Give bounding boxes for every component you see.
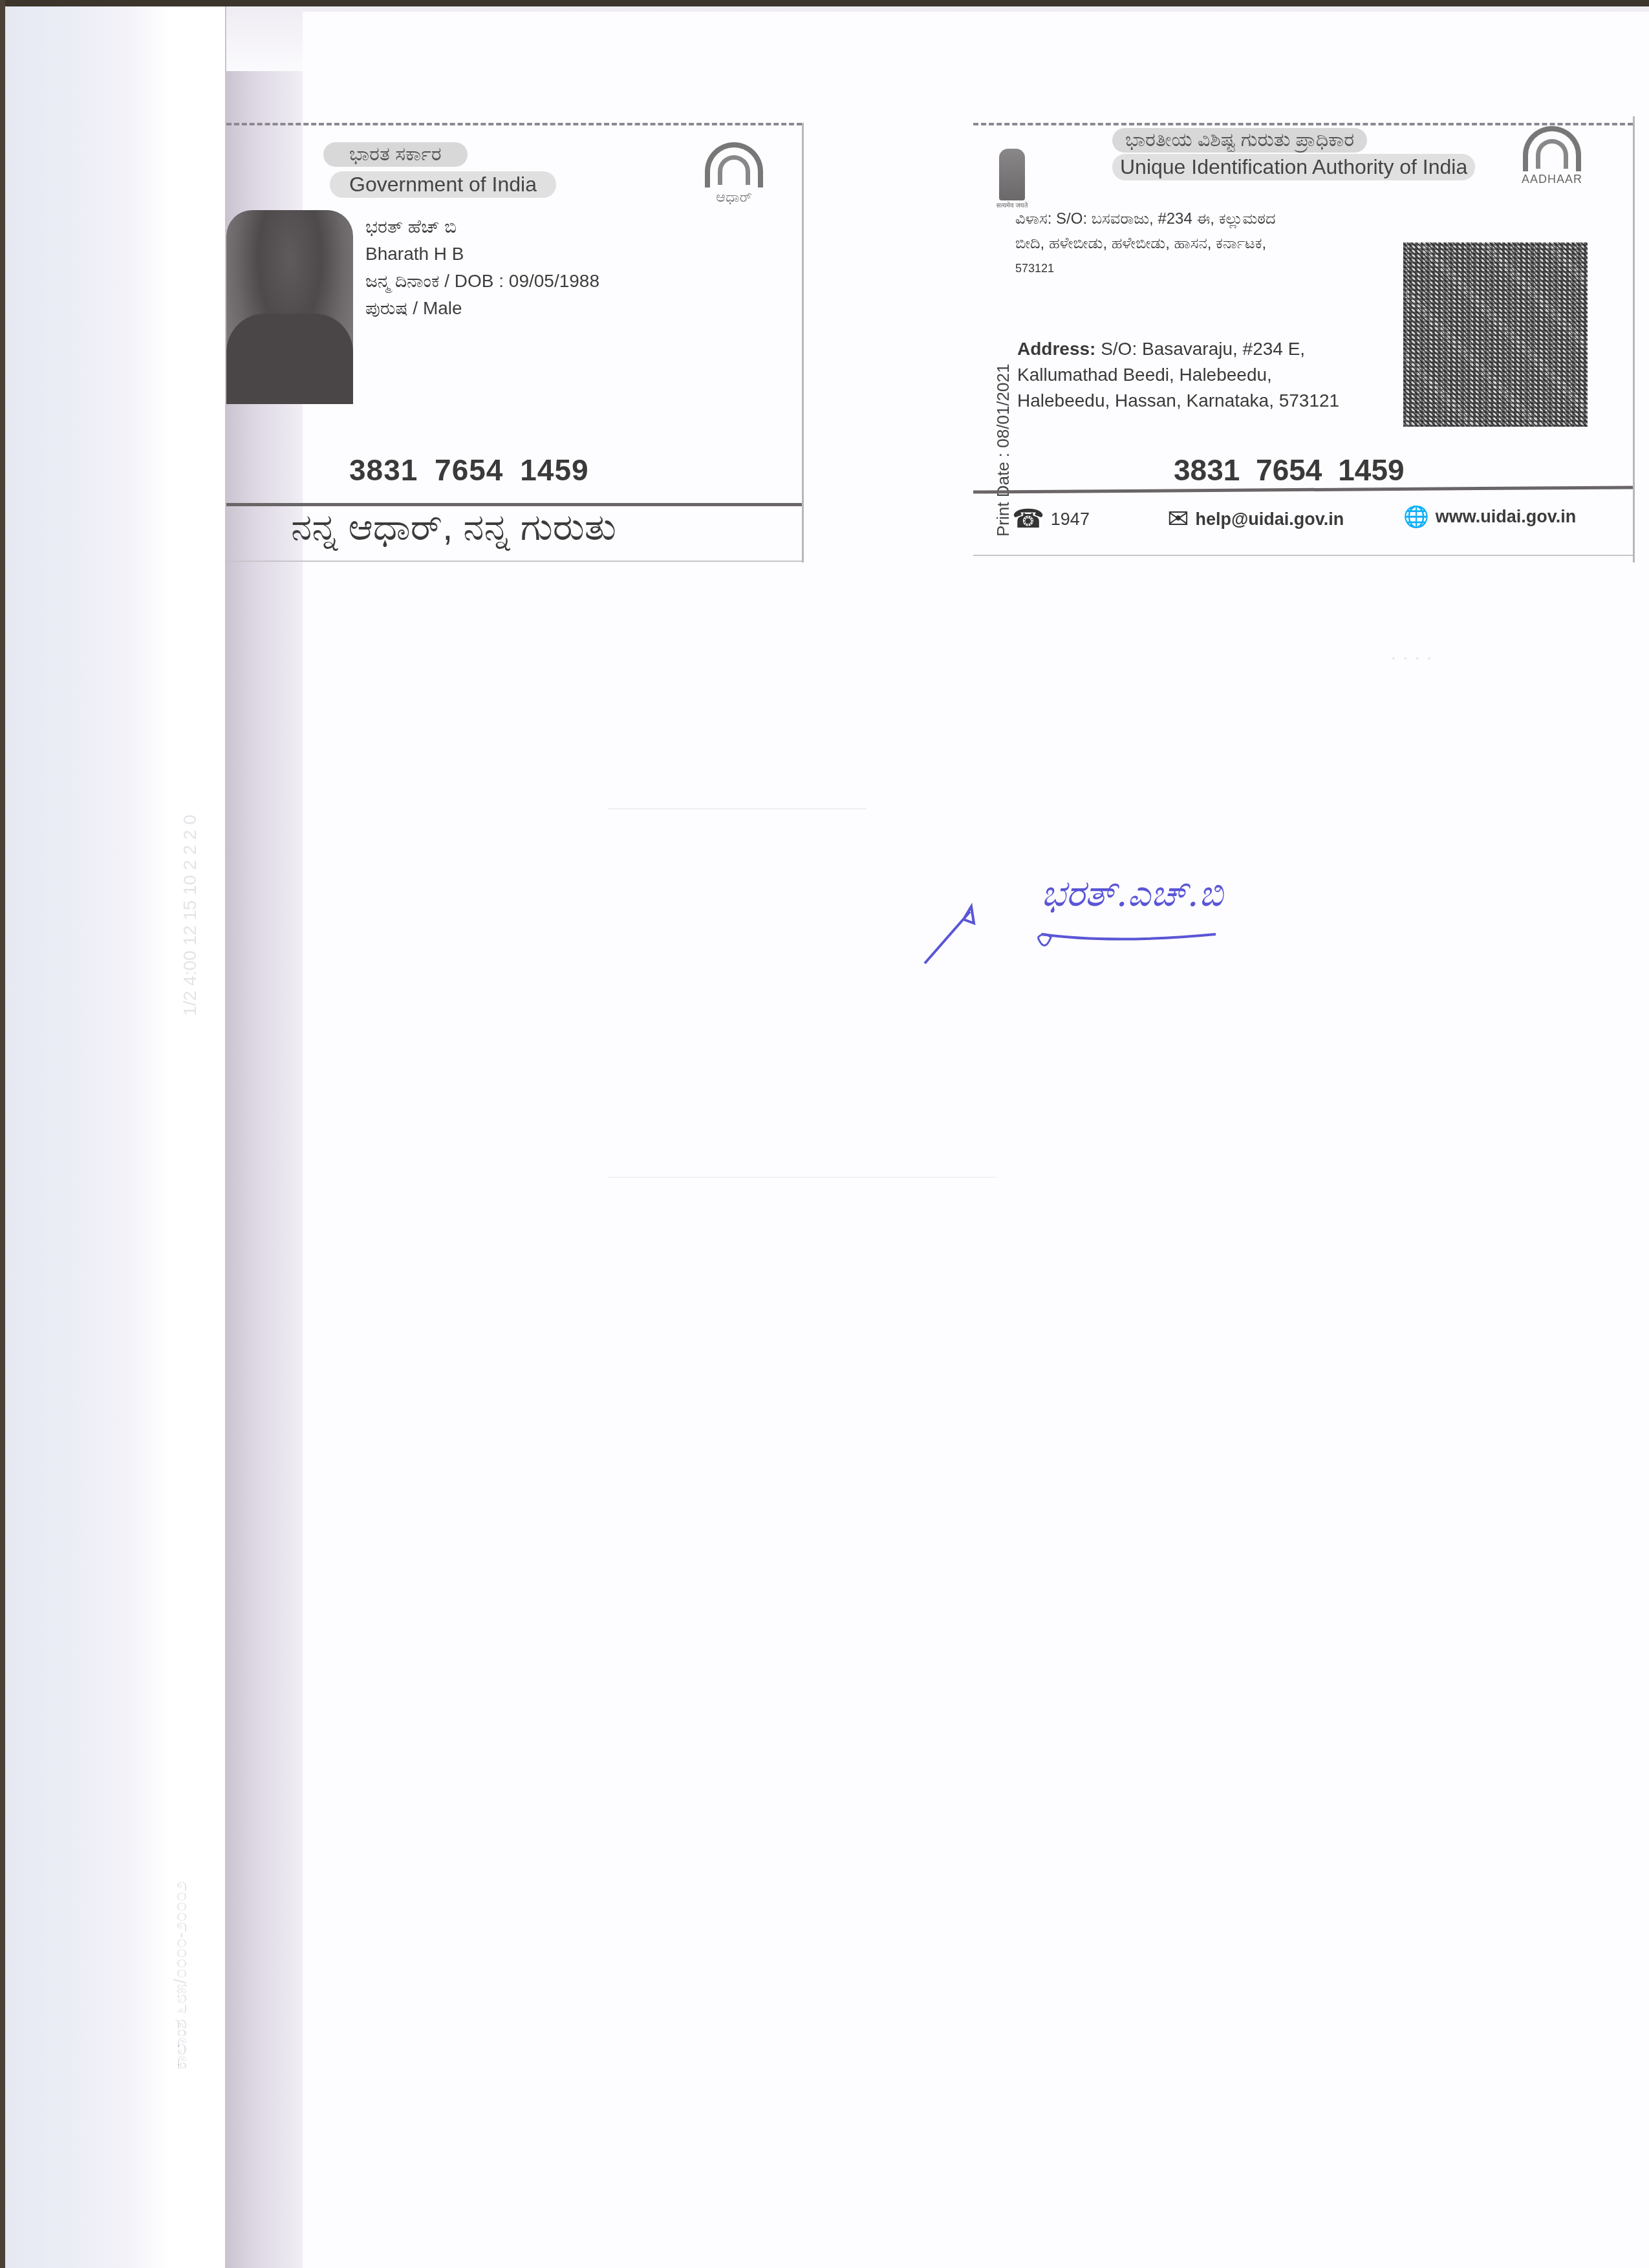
cut-line xyxy=(973,123,1633,125)
show-through-text: 1/2 4:00 12 15 10 2 2 2 0 xyxy=(180,815,200,1016)
address-english-line: Halebeedu, Hassan, Karnataka, 573121 xyxy=(1017,388,1405,414)
aadhaar-logo-label: ಆಧಾರ್ xyxy=(698,189,770,206)
aadhaar-logo-icon: AADHAAR xyxy=(1516,126,1588,191)
aadhaar-number: 3831 7654 1459 xyxy=(1174,453,1405,487)
address-english: Address: S/O: Basavaraju, #234 E, Kallum… xyxy=(1017,336,1405,414)
photo-shoulders xyxy=(226,314,353,404)
card-bottom-edge xyxy=(226,561,802,562)
contact-footer: ☎ 1947 ✉ help@uidai.gov.in 🌐 www.uidai.g… xyxy=(973,504,1633,543)
envelope-icon: ✉ xyxy=(1167,504,1189,534)
address-english-line: Kallumathad Beedi, Halebeedu, xyxy=(1017,362,1405,388)
fingerprint-icon xyxy=(1523,126,1581,171)
aadhaar-card-front: ಭಾರತ ಸರ್ಕಾರ Government of India ಆಧಾರ್ ಭರ… xyxy=(226,123,804,562)
aadhaar-logo-label: AADHAAR xyxy=(1516,173,1588,186)
aadhaar-card-back: सत्यमेव जयते ಭಾರತೀಯ ವಿಶಿಷ್ಟ ಗುರುತು ಪ್ರಾಧ… xyxy=(973,116,1635,562)
government-header-english: Government of India xyxy=(330,171,556,198)
aadhaar-number: 3831 7654 1459 xyxy=(349,453,589,487)
show-through-line xyxy=(608,1177,996,1178)
website-contact: 🌐 www.uidai.gov.in xyxy=(1403,504,1576,529)
holder-details: ಭರತ್ ಹೆಚ್ ಬಿ Bharath H B ಜನ್ಮ ದಿನಾಂಕ / D… xyxy=(365,213,599,322)
government-header-kannada: ಭಾರತ ಸರ್ಕಾರ xyxy=(323,142,468,167)
signature-text: ಭರತ್.ಎಚ್.ಬಿ xyxy=(1041,873,1223,915)
tagline: ನನ್ನ ಆಧಾರ್, ನನ್ನ ಗುರುತು xyxy=(291,506,616,550)
address-kannada: ವಿಳಾಸ: S/O: ಬಸವರಾಜು, #234 ಈ, ಕಲ್ಲುಮಠದ ಬೀ… xyxy=(1015,207,1403,281)
scan-top-edge xyxy=(0,0,1649,6)
email-contact: ✉ help@uidai.gov.in xyxy=(1167,504,1344,534)
handwritten-signature: ಭರತ್.ಎಚ್.ಬಿ xyxy=(918,873,1306,976)
address-english-line: Address: S/O: Basavaraju, #234 E, xyxy=(1017,336,1405,362)
scan-left-edge xyxy=(0,0,5,2268)
ashoka-emblem-icon: सत्यमेव जयते xyxy=(996,149,1028,213)
address-kannada-pin: 573121 xyxy=(1015,256,1403,281)
cut-line xyxy=(226,123,802,125)
email-address: help@uidai.gov.in xyxy=(1196,509,1344,530)
name-english: Bharath H B xyxy=(365,241,599,268)
website-url: www.uidai.gov.in xyxy=(1436,507,1577,527)
date-of-birth: ಜನ್ಮ ದಿನಾಂಕ / DOB : 09/05/1988 xyxy=(365,268,599,295)
address-kannada-line: ವಿಳಾಸ: S/O: ಬಸವರಾಜು, #234 ಈ, ಕಲ್ಲುಮಠದ xyxy=(1015,207,1403,231)
name-kannada: ಭರತ್ ಹೆಚ್ ಬಿ xyxy=(365,213,599,241)
aadhaar-logo-icon: ಆಧಾರ್ xyxy=(698,142,770,207)
telephone-icon: ☎ xyxy=(1012,504,1044,534)
gender: ಪುರುಷ / Male xyxy=(365,295,599,322)
underlying-page: 1/2 4:00 12 15 10 2 2 2 0 ಕಾಲಾಂಶ ೬೮೫/೦೦೦… xyxy=(5,6,225,2268)
holder-photo xyxy=(226,210,353,404)
emblem-graphic xyxy=(999,149,1025,200)
address-line-1: S/O: Basavaraju, #234 E, xyxy=(1101,339,1305,359)
show-through-line xyxy=(608,808,867,809)
show-through-mark: · · · · xyxy=(1390,647,1432,669)
uidai-header-kannada: ಭಾರತೀಯ ವಿಶಿಷ್ಟ ಗುರುತು ಪ್ರಾಧಿಕಾರ xyxy=(1112,128,1367,153)
card-bottom-edge xyxy=(973,555,1633,556)
address-kannada-line: ಬೀದಿ, ಹಳೇಬೀಡು, ಹಳೇಬೀಡು, ಹಾಸನ, ಕರ್ನಾಟಕ, xyxy=(1015,231,1403,256)
helpline-number: 1947 xyxy=(1051,509,1090,530)
fingerprint-icon xyxy=(705,142,763,187)
show-through-text: ಕಾಲಾಂಶ ೬೮೫/೦೦೦೦-೨೦೦೦೨ xyxy=(170,1881,191,2070)
globe-icon: 🌐 xyxy=(1403,504,1429,529)
address-label: Address: xyxy=(1017,339,1095,359)
qr-code xyxy=(1403,242,1588,427)
uidai-header-english: Unique Identification Authority of India xyxy=(1112,154,1475,180)
helpline: ☎ 1947 xyxy=(1012,504,1090,534)
